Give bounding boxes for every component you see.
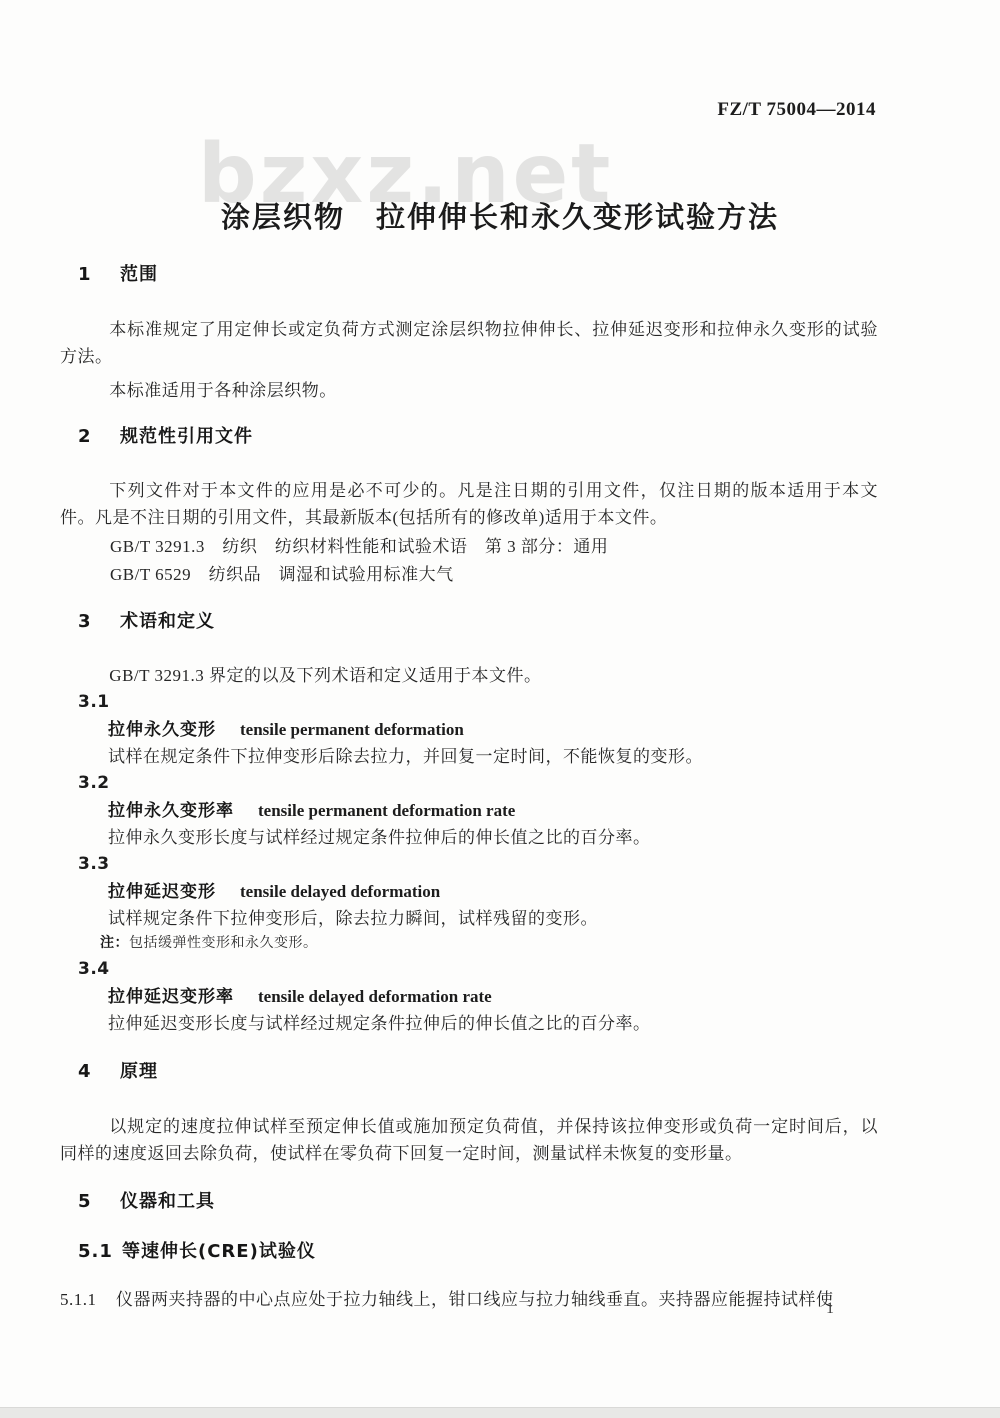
reference-item-1: GB/T 3291.3 纺织 纺织材料性能和试验术语 第 3 部分：通用 bbox=[60, 533, 878, 560]
section-title: 原理 bbox=[120, 1061, 158, 1082]
section-number: 4 bbox=[78, 1059, 120, 1085]
reference-item-2: GB/T 6529 纺织品 调湿和试验用标准大气 bbox=[60, 561, 878, 588]
term-3-3-definition: 试样规定条件下拉伸变形后，除去拉力瞬间，试样残留的变形。 bbox=[60, 905, 878, 932]
scope-paragraph-1: 本标准规定了用定伸长或定负荷方式测定涂层织物拉伸伸长、拉伸延迟变形和拉伸永久变形… bbox=[60, 316, 878, 370]
term-3-4-name: 拉伸延迟变形率 bbox=[108, 987, 234, 1007]
term-3-4-name-line: 拉伸延迟变形率tensile delayed deformation rate bbox=[60, 982, 878, 1010]
scanned-standard-page: bzxz.net FZ/T 75004—2014 涂层织物 拉伸伸长和永久变形试… bbox=[0, 0, 1000, 1418]
term-3-3-name-en: tensile delayed deformation bbox=[240, 882, 440, 901]
scope-paragraph-2: 本标准适用于各种涂层织物。 bbox=[60, 377, 878, 404]
clause-number: 5.1 bbox=[78, 1239, 122, 1265]
term-3-2-definition: 拉伸永久变形长度与试样经过规定条件拉伸后的伸长值之比的百分率。 bbox=[60, 824, 878, 851]
note-label: 注： bbox=[100, 935, 129, 951]
section-principle-heading: 4原理 bbox=[60, 1059, 878, 1085]
term-3-3-number: 3.3 bbox=[60, 851, 878, 877]
document-body: 1范围 本标准规定了用定伸长或定负荷方式测定涂层织物拉伸伸长、拉伸延迟变形和拉伸… bbox=[60, 262, 878, 1313]
section-title: 规范性引用文件 bbox=[120, 426, 253, 447]
term-3-2-name: 拉伸永久变形率 bbox=[108, 801, 234, 821]
term-3-3-name: 拉伸延迟变形 bbox=[108, 882, 216, 902]
section-title: 仪器和工具 bbox=[120, 1191, 215, 1212]
term-3-3-note: 注：包括缓弹性变形和永久变形。 bbox=[60, 932, 878, 956]
term-3-4-definition: 拉伸延迟变形长度与试样经过规定条件拉伸后的伸长值之比的百分率。 bbox=[60, 1010, 878, 1037]
term-3-3-name-line: 拉伸延迟变形tensile delayed deformation bbox=[60, 877, 878, 905]
section-number: 2 bbox=[78, 424, 120, 450]
section-references-heading: 2规范性引用文件 bbox=[60, 424, 878, 450]
section-scope-heading: 1范围 bbox=[60, 262, 878, 288]
section-terms-heading: 3术语和定义 bbox=[60, 609, 878, 635]
note-text: 包括缓弹性变形和永久变形。 bbox=[129, 936, 318, 951]
term-3-1-name-line: 拉伸永久变形tensile permanent deformation bbox=[60, 715, 878, 743]
references-intro: 下列文件对于本文件的应用是必不可少的。凡是注日期的引用文件，仅注日期的版本适用于… bbox=[60, 477, 878, 531]
term-3-4-number: 3.4 bbox=[60, 956, 878, 982]
term-3-2-name-line: 拉伸永久变形率tensile permanent deformation rat… bbox=[60, 796, 878, 824]
term-3-1-number: 3.1 bbox=[60, 689, 878, 715]
document-title: 涂层织物 拉伸伸长和永久变形试验方法 bbox=[0, 197, 1000, 237]
term-3-1-definition: 试样在规定条件下拉伸变形后除去拉力，并回复一定时间，不能恢复的变形。 bbox=[60, 743, 878, 770]
section-title: 术语和定义 bbox=[120, 611, 215, 632]
term-3-2-name-en: tensile permanent deformation rate bbox=[258, 801, 515, 820]
clause-5-1-1-paragraph: 5.1.1仪器两夹持器的中心点应处于拉力轴线上，钳口线应与拉力轴线垂直。夹持器应… bbox=[60, 1286, 878, 1313]
section-number: 3 bbox=[78, 609, 120, 635]
clause-5-1-heading: 5.1等速伸长(CRE)试验仪 bbox=[60, 1239, 878, 1265]
clause-5-1-1-text: 仪器两夹持器的中心点应处于拉力轴线上，钳口线应与拉力轴线垂直。夹持器应能握持试样… bbox=[116, 1290, 834, 1309]
section-number: 5 bbox=[78, 1189, 120, 1215]
section-title: 范围 bbox=[120, 264, 158, 285]
clause-5-1-1-number: 5.1.1 bbox=[60, 1286, 116, 1313]
section-apparatus-heading: 5仪器和工具 bbox=[60, 1189, 878, 1215]
term-3-1-name-en: tensile permanent deformation bbox=[240, 720, 464, 739]
page-bottom-edge bbox=[0, 1407, 1000, 1418]
term-3-2-number: 3.2 bbox=[60, 770, 878, 796]
standard-code: FZ/T 75004—2014 bbox=[0, 0, 876, 121]
section-number: 1 bbox=[78, 262, 120, 288]
principle-paragraph: 以规定的速度拉伸试样至预定伸长值或施加预定负荷值，并保持该拉伸变形或负荷一定时间… bbox=[60, 1113, 878, 1167]
term-3-1-name: 拉伸永久变形 bbox=[108, 720, 216, 740]
page-number: 1 bbox=[826, 1300, 834, 1318]
term-3-4-name-en: tensile delayed deformation rate bbox=[258, 987, 492, 1006]
clause-title: 等速伸长(CRE)试验仪 bbox=[122, 1241, 316, 1262]
terms-intro: GB/T 3291.3 界定的以及下列术语和定义适用于本文件。 bbox=[60, 662, 878, 689]
